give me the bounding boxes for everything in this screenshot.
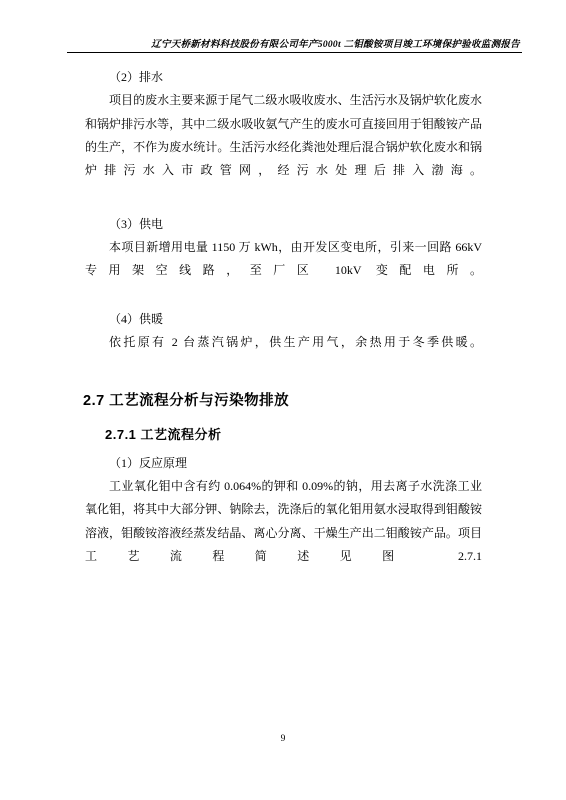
paragraph-power: 本项目新增用电量 1150 万 kWh，由开发区变电所，引来一回路 66kV 专… [85,236,482,306]
subsection-heading-2-7-1: 2.7.1 工艺流程分析 [105,423,482,447]
paragraph-reaction: 工业氧化钼中含有约 0.064%的钾和 0.09%的钠，用去离子水洗涤工业氧化钼… [85,475,482,591]
header-rule [67,52,522,53]
page-header-title: 辽宁天桥新材料科技股份有限公司年产5000t 二钼酸铵项目竣工环境保护验收监测报… [67,36,520,50]
paragraph-drainage: 项目的废水主要来源于尾气二级水吸收废水、生活污水及锅炉软化废水和锅炉排污水等，其… [85,89,482,205]
paragraph-heating: 依托原有 2 台蒸汽锅炉，供生产用气，余热用于冬季供暖。 [85,331,482,378]
section-heading-2-7: 2.7 工艺流程分析与污染物排放 [83,389,482,414]
page-body: （2）排水 项目的废水主要来源于尾气二级水吸收废水、生活污水及锅炉软化废水和锅炉… [85,66,482,592]
item-heating-label: （4）供暖 [85,308,482,331]
page-number: 9 [0,734,566,744]
item-drainage-label: （2）排水 [85,66,482,89]
item-reaction-label: （1）反应原理 [85,452,482,475]
document-page: 辽宁天桥新材料科技股份有限公司年产5000t 二钼酸铵项目竣工环境保护验收监测报… [0,0,566,800]
item-power-label: （3）供电 [85,213,482,236]
